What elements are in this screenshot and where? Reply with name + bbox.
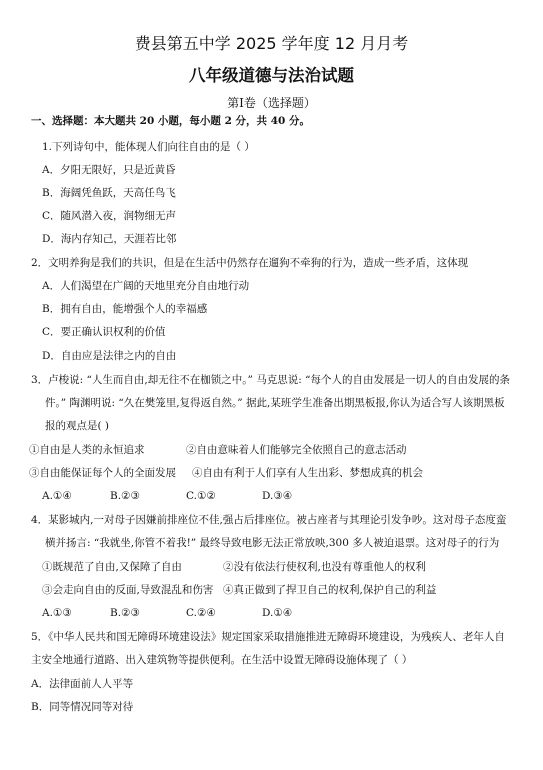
option-c: C.②④	[186, 606, 216, 620]
volume-title: 第Ⅰ卷（选择题）	[0, 94, 543, 111]
section-instructions: 一、选择题：本大题共 20 小题，每小题 2 分，共 40 分。	[31, 114, 310, 128]
option-a: A．法律面前人人平等	[31, 677, 133, 691]
statement-3: ③自由能保证每个人的全面发展	[29, 466, 176, 480]
option-a: A.①④	[42, 489, 72, 503]
question-stem-line-1: 3．卢梭说: “人生而自由,却无往不在枷锁之中。” 马克思说: “每个人的自由发…	[31, 373, 510, 387]
option-d: D.①④	[262, 606, 292, 620]
option-c: C．要正确认识权利的价值	[42, 325, 166, 339]
question-stem-line-3: 报的观点是( )	[45, 419, 109, 433]
statement-2: ②没有依法行使权利,也没有尊重他人的权利	[223, 560, 426, 574]
option-b: B．同等情况同等对待	[31, 700, 133, 714]
exam-title: 八年级道德与法治试题	[0, 62, 543, 86]
question-stem-line-2: 横并扬言: “我就坐,你管不着我!” 最终导致电影无法正常放映,300 多人被迫…	[45, 536, 499, 550]
statement-1: ①自由是人类的永恒追求	[29, 443, 145, 457]
option-d: D．海内存知己，天涯若比邻	[42, 232, 176, 246]
option-a: A．人们渴望在广阔的天地里充分自由地行动	[42, 279, 249, 293]
question-stem-line-2: 件。” 陶渊明说: “久在樊笼里,复得返自然。” 据此,某班学生准备出期黑板报,…	[45, 396, 505, 410]
question-stem: 1.下列诗句中，能体现人们向往自由的是（ ）	[42, 140, 255, 154]
option-b: B．拥有自由，能增强个人的幸福感	[42, 302, 207, 316]
option-d: D．自由应是法律之内的自由	[42, 349, 176, 363]
option-d: D.③④	[262, 489, 292, 503]
option-b: B.②③	[110, 489, 140, 503]
school-title: 费县第五中学 2025 学年度 12 月月考	[0, 31, 543, 54]
statement-4: ④真正做到了捍卫自己的权利,保护自己的利益	[223, 583, 436, 597]
question-stem: 2．文明养狗是我们的共识，但是在生活中仍然存在遛狗不牵狗的行为，造成一些矛盾，这…	[31, 256, 468, 270]
question-stem-line-1: 4．某影城内,一对母子因嫌前排座位不佳,强占后排座位。被占座者与其理论引发争吵。…	[31, 513, 506, 527]
option-b: B．海阔凭鱼跃，天高任鸟飞	[42, 186, 176, 200]
statement-1: ①既规范了自由,又保障了自由	[42, 560, 182, 574]
option-a: A.①③	[42, 606, 72, 620]
question-stem-line-1: 5．《中华人民共和国无障碍环境建设法》规定国家采取措施推进无障碍环境建设，为残疾…	[31, 630, 505, 644]
option-c: C.①②	[186, 489, 216, 503]
option-a: A．夕阳无限好，只是近黄昏	[42, 163, 176, 177]
statement-4: ④自由有利于人们享有人生出彩、梦想成真的机会	[192, 466, 423, 480]
question-stem-line-2: 主安全地通行道路、出入建筑物等提供便利。在生活中设置无障碍设施体现了（ ）	[31, 653, 412, 667]
statement-2: ②自由意味着人们能够完全依照自己的意志活动	[186, 443, 407, 457]
statement-3: ③会走向自由的反面,导致混乱和伤害	[42, 583, 213, 597]
option-b: B.②③	[110, 606, 140, 620]
option-c: C．随风潜入夜，润物细无声	[42, 209, 176, 223]
